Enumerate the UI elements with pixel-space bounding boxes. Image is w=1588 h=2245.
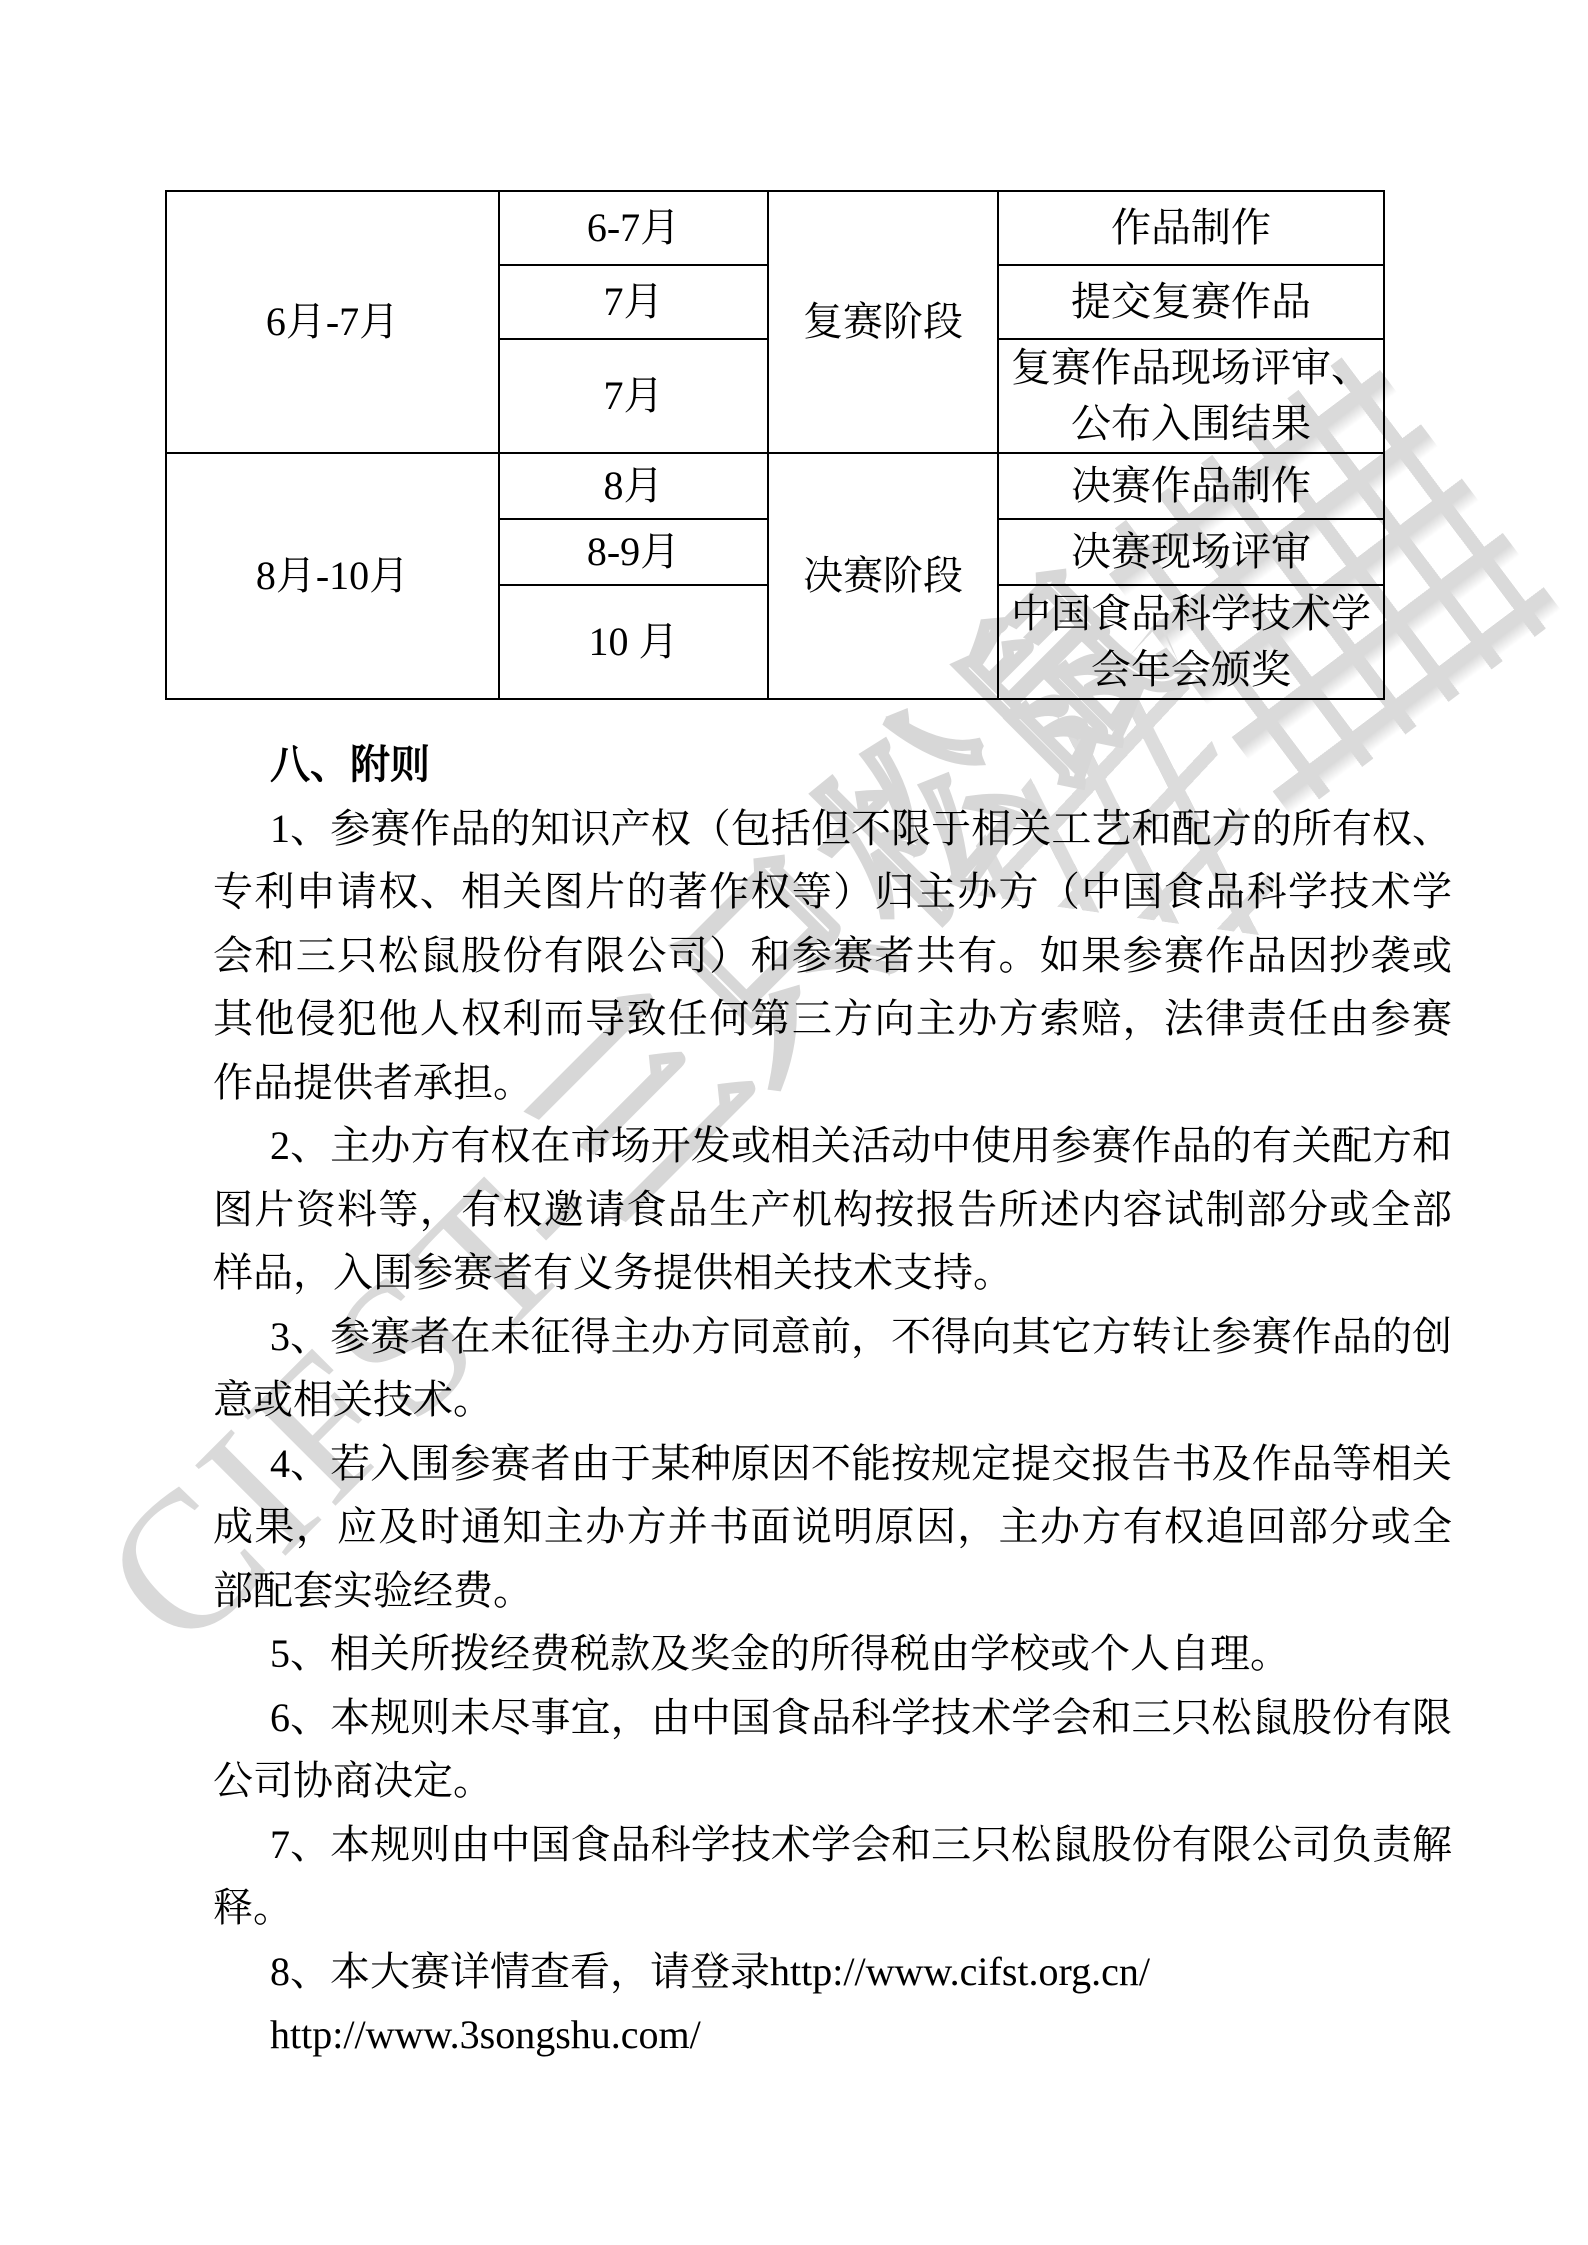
period-cell: 8月-10月 — [166, 453, 499, 699]
month-cell: 7月 — [499, 265, 768, 339]
stage-cell: 复赛阶段 — [768, 191, 998, 453]
section-heading: 八、附则 — [213, 733, 1452, 797]
clause-paragraph-7: 7、本规则由中国食品科学技术学会和三只松鼠股份有限公司负责解释。 — [213, 1813, 1452, 1940]
clause-paragraph-1: 1、参赛作品的知识产权（包括但不限于相关工艺和配方的所有权、专利申请权、相关图片… — [213, 797, 1452, 1115]
schedule-table: 6月-7月 6-7月 复赛阶段 作品制作 7月 提交复赛作品 7月 复赛作品现场… — [165, 190, 1385, 700]
clause-paragraph-5: 5、相关所拨经费税款及奖金的所得税由学校或个人自理。 — [213, 1622, 1452, 1686]
body-text: 八、附则 1、参赛作品的知识产权（包括但不限于相关工艺和配方的所有权、专利申请权… — [213, 733, 1452, 2067]
document-page: CIFST-三只松鼠 6月-7月 6-7月 复赛阶段 作品制作 7月 提交复赛作… — [0, 0, 1588, 2245]
task-cell: 中国食品科学技术学会年会颁奖 — [998, 585, 1384, 699]
task-cell: 决赛现场评审 — [998, 519, 1384, 585]
clause-paragraph-4: 4、若入围参赛者由于某种原因不能按规定提交报告书及作品等相关成果，应及时通知主办… — [213, 1432, 1452, 1623]
clause-paragraph-2: 2、主办方有权在市场开发或相关活动中使用参赛作品的有关配方和图片资料等，有权邀请… — [213, 1114, 1452, 1305]
task-cell: 作品制作 — [998, 191, 1384, 265]
contest-url-line: http://www.3songshu.com/ — [213, 2003, 1452, 2067]
clause-paragraph-3: 3、参赛者在未征得主办方同意前，不得向其它方转让参赛作品的创意或相关技术。 — [213, 1305, 1452, 1432]
task-cell: 提交复赛作品 — [998, 265, 1384, 339]
month-cell: 6-7月 — [499, 191, 768, 265]
task-cell: 复赛作品现场评审、公布入围结果 — [998, 339, 1384, 453]
clause-paragraph-6: 6、本规则未尽事宜，由中国食品科学技术学会和三只松鼠股份有限公司协商决定。 — [213, 1686, 1452, 1813]
month-cell: 7月 — [499, 339, 768, 453]
month-cell: 8月 — [499, 453, 768, 519]
month-cell: 10 月 — [499, 585, 768, 699]
task-cell: 决赛作品制作 — [998, 453, 1384, 519]
period-cell: 6月-7月 — [166, 191, 499, 453]
month-cell: 8-9月 — [499, 519, 768, 585]
clause-paragraph-8: 8、本大赛详情查看，请登录http://www.cifst.org.cn/ — [213, 1940, 1452, 2004]
stage-cell: 决赛阶段 — [768, 453, 998, 699]
